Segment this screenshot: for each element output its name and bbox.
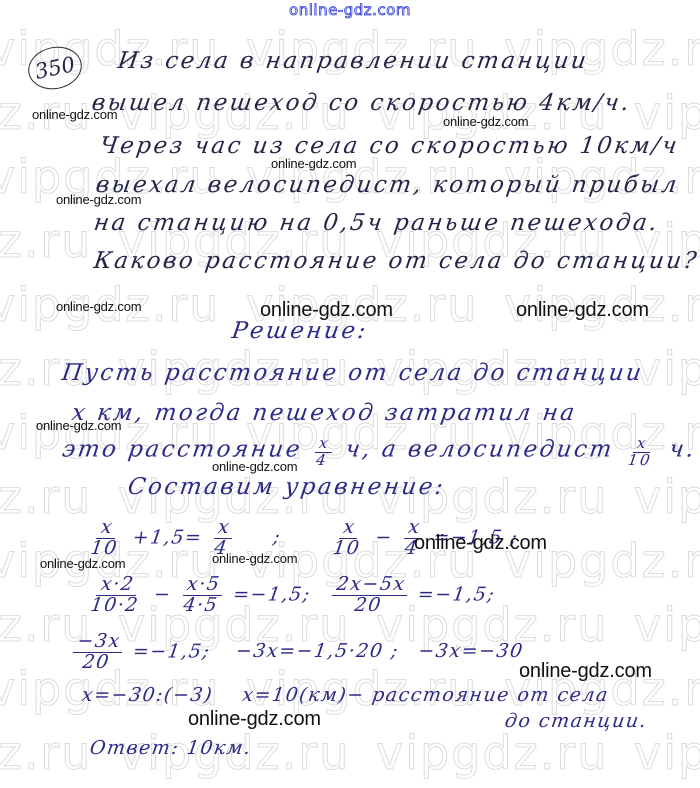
problem-line-3: Через час из села со скоростью 10км/ч — [98, 133, 681, 159]
fraction-walker-time: x4 — [312, 436, 335, 469]
fraction-cyclist-time: x10 — [624, 436, 659, 469]
overlay-label: online-gdz.com — [56, 192, 141, 207]
overlay-label: online-gdz.com — [260, 299, 393, 322]
overlay-label: online-gdz.com — [443, 114, 528, 129]
solution-line-3-c: ч. — [668, 436, 698, 462]
problem-line-1: Из села в направлении станции — [116, 48, 590, 74]
answer: Ответ: 10км. — [88, 737, 253, 759]
problem-number: 350 — [24, 42, 86, 94]
overlay-label: online-gdz.com — [414, 532, 547, 555]
homework-page: vipgdz.ruvipgdz.ruvipgdz.ruvipgdz.ruvipg… — [0, 0, 700, 788]
compose-equation: Составим уравнение: — [126, 474, 447, 500]
overlay-label: online-gdz.com — [188, 708, 321, 731]
problem-line-2: вышел пешеход со скоростью 4км/ч. — [90, 90, 633, 116]
equation-4-cont: до станции. — [503, 710, 648, 732]
overlay-label: online-gdz.com — [516, 299, 649, 322]
solution-line-2: x км, тогда пешеход затратил на — [70, 400, 578, 426]
solution-line-3: это расстояние x4 ч, а велосипедист x10 … — [60, 436, 698, 469]
overlay-label: online-gdz.com — [271, 156, 356, 171]
solution-line-1: Пусть расстояние от села до станции — [60, 360, 645, 386]
solution-line-3-b: ч, а велосипедист — [344, 436, 616, 462]
equation-3: −3x20 =−1,5; −3x=−1,5·20 ; −3x=−30 — [67, 632, 526, 673]
equation-4: x=−30:(−3) x=10(км)− расстояние от села — [80, 684, 610, 706]
overlay-label: online-gdz.com — [212, 551, 297, 566]
overlay-label: online-gdz.com — [40, 556, 125, 571]
problem-line-5: на станцию на 0,5ч раньше пешехода. — [92, 210, 661, 236]
overlay-label: online-gdz.com — [56, 299, 141, 314]
overlay-label: online-gdz.com — [32, 107, 117, 122]
problem-line-6: Каково расстояние от села до станции? — [92, 248, 700, 274]
site-header-link[interactable]: online-gdz.com — [0, 1, 700, 19]
overlay-label: online-gdz.com — [36, 418, 121, 433]
equation-2: x·210·2 − x·54·5 =−1,5; 2x−5x20 =−1,5; — [83, 575, 498, 616]
problem-line-4: выехал велосипедист, который прибыл — [94, 172, 680, 198]
overlay-label: online-gdz.com — [212, 459, 297, 474]
overlay-label: online-gdz.com — [519, 660, 652, 683]
